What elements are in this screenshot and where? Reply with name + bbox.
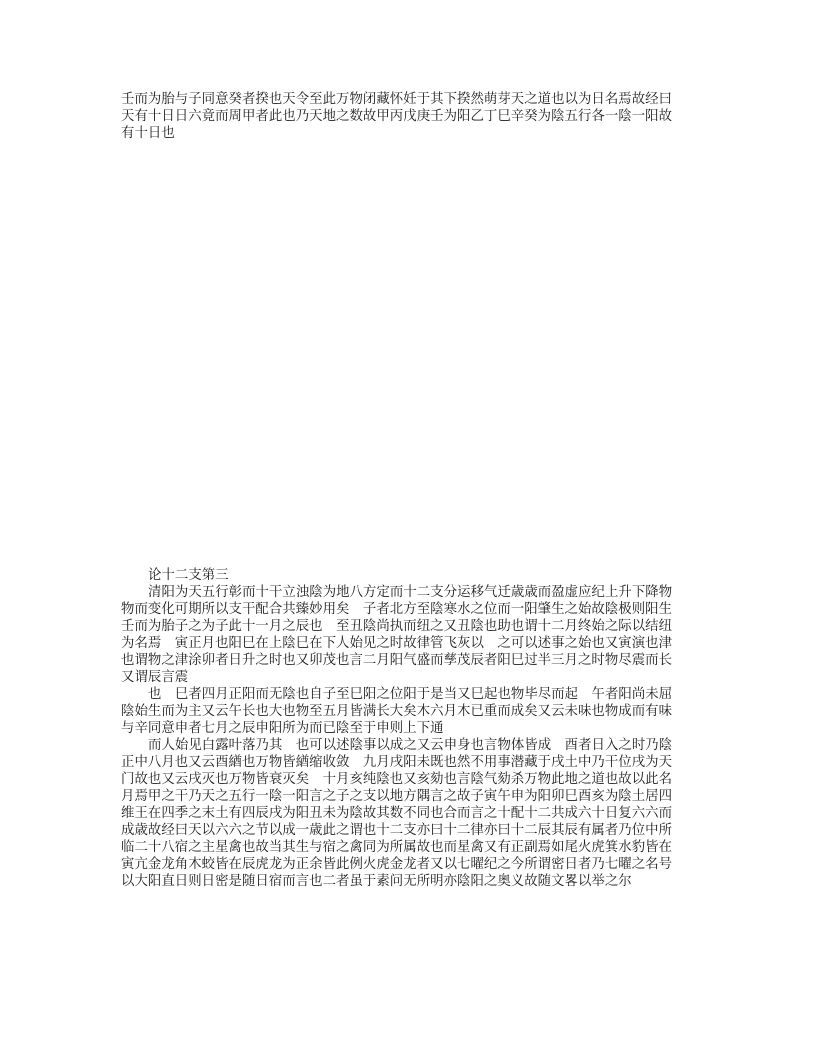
document-page: 壬而为胎与子同意癸者揆也天令至此万物闭藏怀妊于其下揆然萌芽天之道也以为日名焉故经… bbox=[0, 0, 816, 1056]
text-line: 而人始见白露叶落乃其 也可以述陰事以成之又云申身也言物体皆成 酉者日入之时乃陰 bbox=[121, 737, 701, 754]
text-line: 寅亢金龙角木蛟皆在辰虎龙为正余皆此例火虎金龙者又以七曜纪之今所谓密日者乃七曜之名… bbox=[121, 856, 701, 873]
text-line: 为名焉 寅正月也阳巳在上陰巳在下人始见之时故律管飞灰以 之可以述事之始也又寅演也… bbox=[121, 635, 701, 652]
text-line: 临二十八宿之主星禽也故当其生与宿之禽同为所属故也而星禽又有正副焉如尾火虎箕水豹皆… bbox=[121, 839, 701, 856]
text-line: 又谓辰言震 bbox=[121, 669, 701, 686]
section-heading: 论十二支第三 bbox=[121, 567, 701, 584]
text-line: 天有十日日六竟而周甲者此也乃天地之数故甲丙戊庚壬为阳乙丁巳辛癸为陰五行各一陰一阳… bbox=[121, 108, 701, 125]
section-body: 清阳为天五行彰而十干立浊陰为地八方定而十二支分运移气迁歳歳而盈虚应纪上升下降物物… bbox=[121, 584, 701, 890]
text-line: 陰始生而为主又云午长也大也物至五月皆满长大矣木六月木已重而成矣又云未味也物成而有… bbox=[121, 703, 701, 720]
top-paragraph: 壬而为胎与子同意癸者揆也天令至此万物闭藏怀妊于其下揆然萌芽天之道也以为日名焉故经… bbox=[121, 91, 701, 142]
text-line: 物而变化可期所以支干配合共臻妙用矣 子者北方至陰寒水之位而一阳肇生之始故陰极则阳… bbox=[121, 601, 701, 618]
text-line: 有十日也 bbox=[121, 125, 701, 142]
section-twelve-branches: 论十二支第三 清阳为天五行彰而十干立浊陰为地八方定而十二支分运移气迁歳歳而盈虚应… bbox=[121, 567, 701, 890]
text-line: 也 巳者四月正阳而无陰也自子至巳阳之位阳于是当又巳起也物毕尽而起 午者阳尚未屈 bbox=[121, 686, 701, 703]
text-line: 门故也又云戌灭也万物皆衰灭矣 十月亥纯陰也又亥劾也言陰气劾杀万物此地之道也故以此… bbox=[121, 771, 701, 788]
text-line: 壬而为胎子之为子此十一月之辰也 至丑陰尚执而纽之又丑陰也助也谓十二月终始之际以结… bbox=[121, 618, 701, 635]
text-line: 与辛同意申者七月之辰申阳所为而已陰至于申则上下通 bbox=[121, 720, 701, 737]
text-line: 成歳故经曰天以六六之节以成一歳此之谓也十二支亦曰十二律亦曰十二辰其辰有属者乃位中… bbox=[121, 822, 701, 839]
text-line: 也谓物之津涂卯者日升之时也又卯茂也言二月阳气盛而孳茂辰者阳巳过半三月之时物尽震而… bbox=[121, 652, 701, 669]
text-line: 清阳为天五行彰而十干立浊陰为地八方定而十二支分运移气迁歳歳而盈虚应纪上升下降物 bbox=[121, 584, 701, 601]
text-line: 正中八月也又云酉緧也万物皆緧缩收敛 九月戌阳未既也然不用事潜藏于戌土中乃干位戌为… bbox=[121, 754, 701, 771]
text-line: 以大阳直日则日密是随日宿而言也二者虽于素问无所明亦陰阳之奥义故随文畧以举之尔 bbox=[121, 873, 701, 890]
text-line: 月焉甲之干乃天之五行一陰一阳言之子之支以地方隅言之故子寅午申为阳卯巳酉亥为陰土居… bbox=[121, 788, 701, 805]
text-line: 壬而为胎与子同意癸者揆也天令至此万物闭藏怀妊于其下揆然萌芽天之道也以为日名焉故经… bbox=[121, 91, 701, 108]
text-line: 维王在四季之末土有四辰戌为阳丑未为陰故其数不同也合而言之十配十二共成六十日复六六… bbox=[121, 805, 701, 822]
